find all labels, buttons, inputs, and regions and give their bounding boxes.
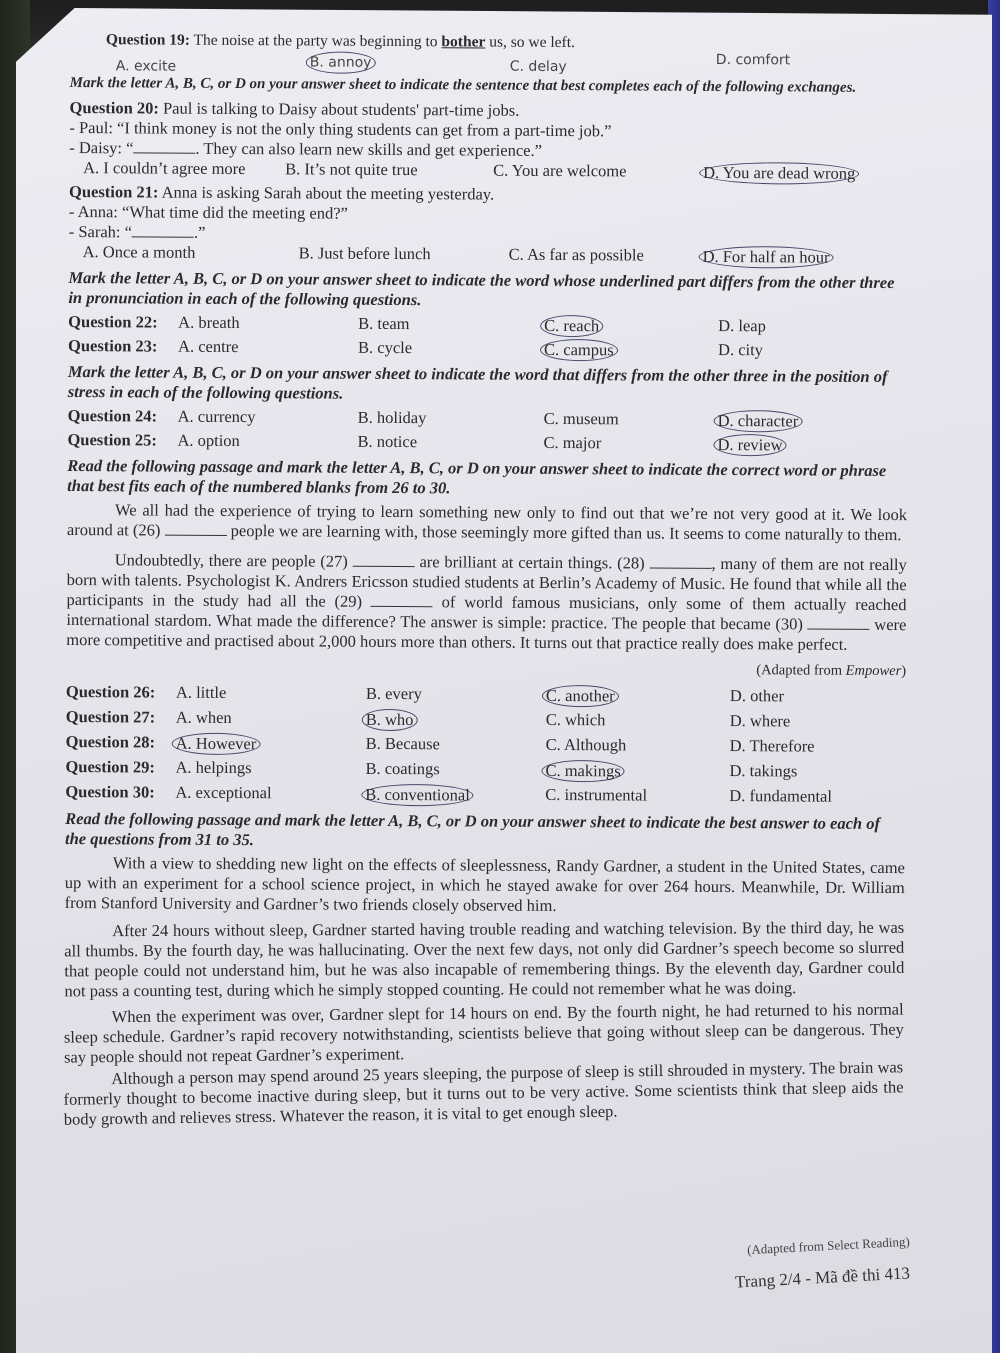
option-d: D. comfort xyxy=(716,50,790,70)
marked-circle: D. character xyxy=(714,410,803,433)
option-c-marked: C. reach xyxy=(544,315,603,337)
question-label: Question 23: xyxy=(68,336,158,357)
question-label: Question 24: xyxy=(68,406,158,427)
question-label: Question 30: xyxy=(65,782,155,803)
option-c: C. delay xyxy=(510,57,567,77)
question-19-options: A. excite B. annoy C. delay D. comfort xyxy=(70,50,910,75)
question-25: Question 25: A. option B. notice C. majo… xyxy=(67,430,907,459)
option-b: B. every xyxy=(366,684,422,704)
marked-circle: D. For half an hour xyxy=(699,246,834,269)
instruction-pronunciation: Mark the letter A, B, C, or D on your an… xyxy=(68,268,908,313)
option-d: D. city xyxy=(718,340,763,360)
cloze-paragraph-1: We all had the experience of trying to l… xyxy=(67,500,907,545)
question-21: Question 21: Anna is asking Sarah about … xyxy=(69,182,909,271)
speaker: - Sarah: “ xyxy=(69,222,132,241)
option-d: D. Therefore xyxy=(730,736,815,757)
cloze-source: (Adapted from Empower) xyxy=(66,656,906,681)
option-a: A. helpings xyxy=(175,758,251,778)
option-a: A. excite xyxy=(116,56,176,76)
option-d-marked: D. character xyxy=(718,410,803,433)
option-c-marked: C. another xyxy=(546,685,619,707)
stem-text: The noise at the party was beginning to xyxy=(190,32,442,51)
option-c: C. instrumental xyxy=(545,785,647,806)
marked-circle: B. who xyxy=(362,709,418,731)
reading-paragraph-1: With a view to shedding new light on the… xyxy=(65,853,905,918)
blank-26 xyxy=(165,521,227,536)
option-c: C. Although xyxy=(546,735,627,755)
option-c: C. museum xyxy=(544,409,619,429)
option-b: B. Because xyxy=(366,734,440,754)
blank-29 xyxy=(371,592,433,607)
question-label: Question 20: xyxy=(69,98,159,118)
option-c-marked: C. makings xyxy=(545,760,624,782)
exam-page-content: Question 19: The noise at the party was … xyxy=(63,30,910,1126)
marked-circle: D. review xyxy=(713,434,786,456)
option-a-marked: A. However xyxy=(176,733,261,756)
question-label: Question 25: xyxy=(67,430,157,451)
blank-28 xyxy=(649,554,711,569)
source-text: (Adapted from xyxy=(756,662,845,679)
option-c: C. As far as possible xyxy=(509,245,644,266)
option-d-marked: D. review xyxy=(717,434,786,456)
option-d-marked: D. You are dead wrong xyxy=(703,162,859,185)
stem-text: us, so we left. xyxy=(485,34,575,52)
source-text: ) xyxy=(901,663,906,679)
passage-text: are brilliant at certain things. (28) xyxy=(415,552,650,572)
reading-paragraph-3: When the experiment was over, Gardner sl… xyxy=(64,1000,905,1068)
option-d: D. fundamental xyxy=(729,786,832,807)
marked-circle: D. You are dead wrong xyxy=(699,162,859,185)
marked-circle: C. makings xyxy=(541,760,624,783)
dialogue-text: .” xyxy=(194,223,206,242)
option-a: A. currency xyxy=(178,407,256,427)
option-a: A. Once a month xyxy=(83,242,196,263)
option-b: B. coatings xyxy=(365,759,439,779)
option-b: B. cycle xyxy=(358,338,412,358)
option-a: A. I couldn’t agree more xyxy=(83,158,245,179)
speaker: - Daisy: “ xyxy=(69,138,133,157)
question-label: Question 28: xyxy=(66,732,156,753)
reading-paragraph-4: Although a person may spend around 25 ye… xyxy=(63,1057,904,1129)
answer-blank xyxy=(133,138,195,153)
option-c-marked: C. campus xyxy=(544,339,618,361)
option-a: A. breath xyxy=(178,313,240,333)
option-a: A. little xyxy=(176,683,227,703)
source-title: Empower xyxy=(846,663,902,679)
option-c: C. major xyxy=(543,433,601,453)
question-label: Question 19: xyxy=(106,31,190,49)
question-label: Question 27: xyxy=(66,707,156,728)
marked-circle: C. another xyxy=(542,685,619,707)
question-21-options: A. Once a month B. Just before lunch C. … xyxy=(69,242,909,271)
stem-text: Anna is asking Sarah about the meeting y… xyxy=(158,183,494,204)
question-20: Question 20: Paul is talking to Daisy ab… xyxy=(69,98,909,187)
option-b-marked: B. conventional xyxy=(365,784,474,807)
option-b: B. holiday xyxy=(358,408,427,428)
option-b-marked: B. who xyxy=(366,709,418,731)
question-20-options: A. I couldn’t agree more B. It’s not qui… xyxy=(69,158,909,187)
option-d: D. where xyxy=(730,711,791,731)
passage-text: people we are learning with, those seemi… xyxy=(226,521,901,544)
option-c: C. You are welcome xyxy=(493,161,626,182)
question-label: Question 21: xyxy=(69,182,159,202)
marked-circle: A. However xyxy=(172,733,261,756)
option-b: B. Just before lunch xyxy=(299,243,431,264)
instruction-stress: Mark the letter A, B, C, or D on your an… xyxy=(68,362,908,407)
option-a: A. when xyxy=(176,708,232,728)
stem-text: Paul is talking to Daisy about students'… xyxy=(159,99,520,120)
keyword-underlined: bother xyxy=(441,33,485,50)
cloze-questions: Question 26: A. little B. every C. anoth… xyxy=(65,682,906,812)
blank-27 xyxy=(353,552,415,567)
question-label: Question 26: xyxy=(66,682,156,703)
reading-paragraph-2: After 24 hours without sleep, Gardner st… xyxy=(64,918,904,1002)
dialogue-text: . They can also learn new skills and get… xyxy=(195,139,542,160)
question-23: Question 23: A. centre B. cycle C. campu… xyxy=(68,336,908,365)
question-label: Question 29: xyxy=(65,757,155,778)
passage-text: Undoubtedly, there are people (27) xyxy=(115,550,353,570)
instruction-reading: Read the following passage and mark the … xyxy=(65,809,905,854)
marked-circle: C. reach xyxy=(540,315,603,337)
instruction-cloze: Read the following passage and mark the … xyxy=(67,456,907,501)
option-d-marked: D. For half an hour xyxy=(703,246,834,269)
option-b: B. team xyxy=(358,314,409,334)
cloze-paragraph-2: Undoubtedly, there are people (27) are b… xyxy=(66,550,907,655)
option-d: D. leap xyxy=(718,316,766,336)
blank-30 xyxy=(808,615,870,630)
option-a: A. exceptional xyxy=(175,783,271,804)
question-30: Question 30: A. exceptional B. conventio… xyxy=(65,782,905,812)
option-d: D. other xyxy=(730,686,784,706)
question-label: Question 22: xyxy=(68,312,158,333)
option-b: B. It’s not quite true xyxy=(285,159,418,180)
answer-blank xyxy=(132,222,194,237)
option-b: B. notice xyxy=(357,432,417,452)
option-c: C. which xyxy=(546,710,606,730)
marked-circle: C. campus xyxy=(540,339,618,361)
option-d: D. takings xyxy=(729,761,797,781)
instruction-exchanges: Mark the letter A, B, C, or D on your an… xyxy=(70,74,910,97)
option-b-marked: B. annoy xyxy=(310,51,376,73)
option-a: A. option xyxy=(177,431,239,451)
marked-circle: B. annoy xyxy=(306,51,376,73)
option-a: A. centre xyxy=(178,337,239,357)
marked-circle: B. conventional xyxy=(361,784,474,807)
